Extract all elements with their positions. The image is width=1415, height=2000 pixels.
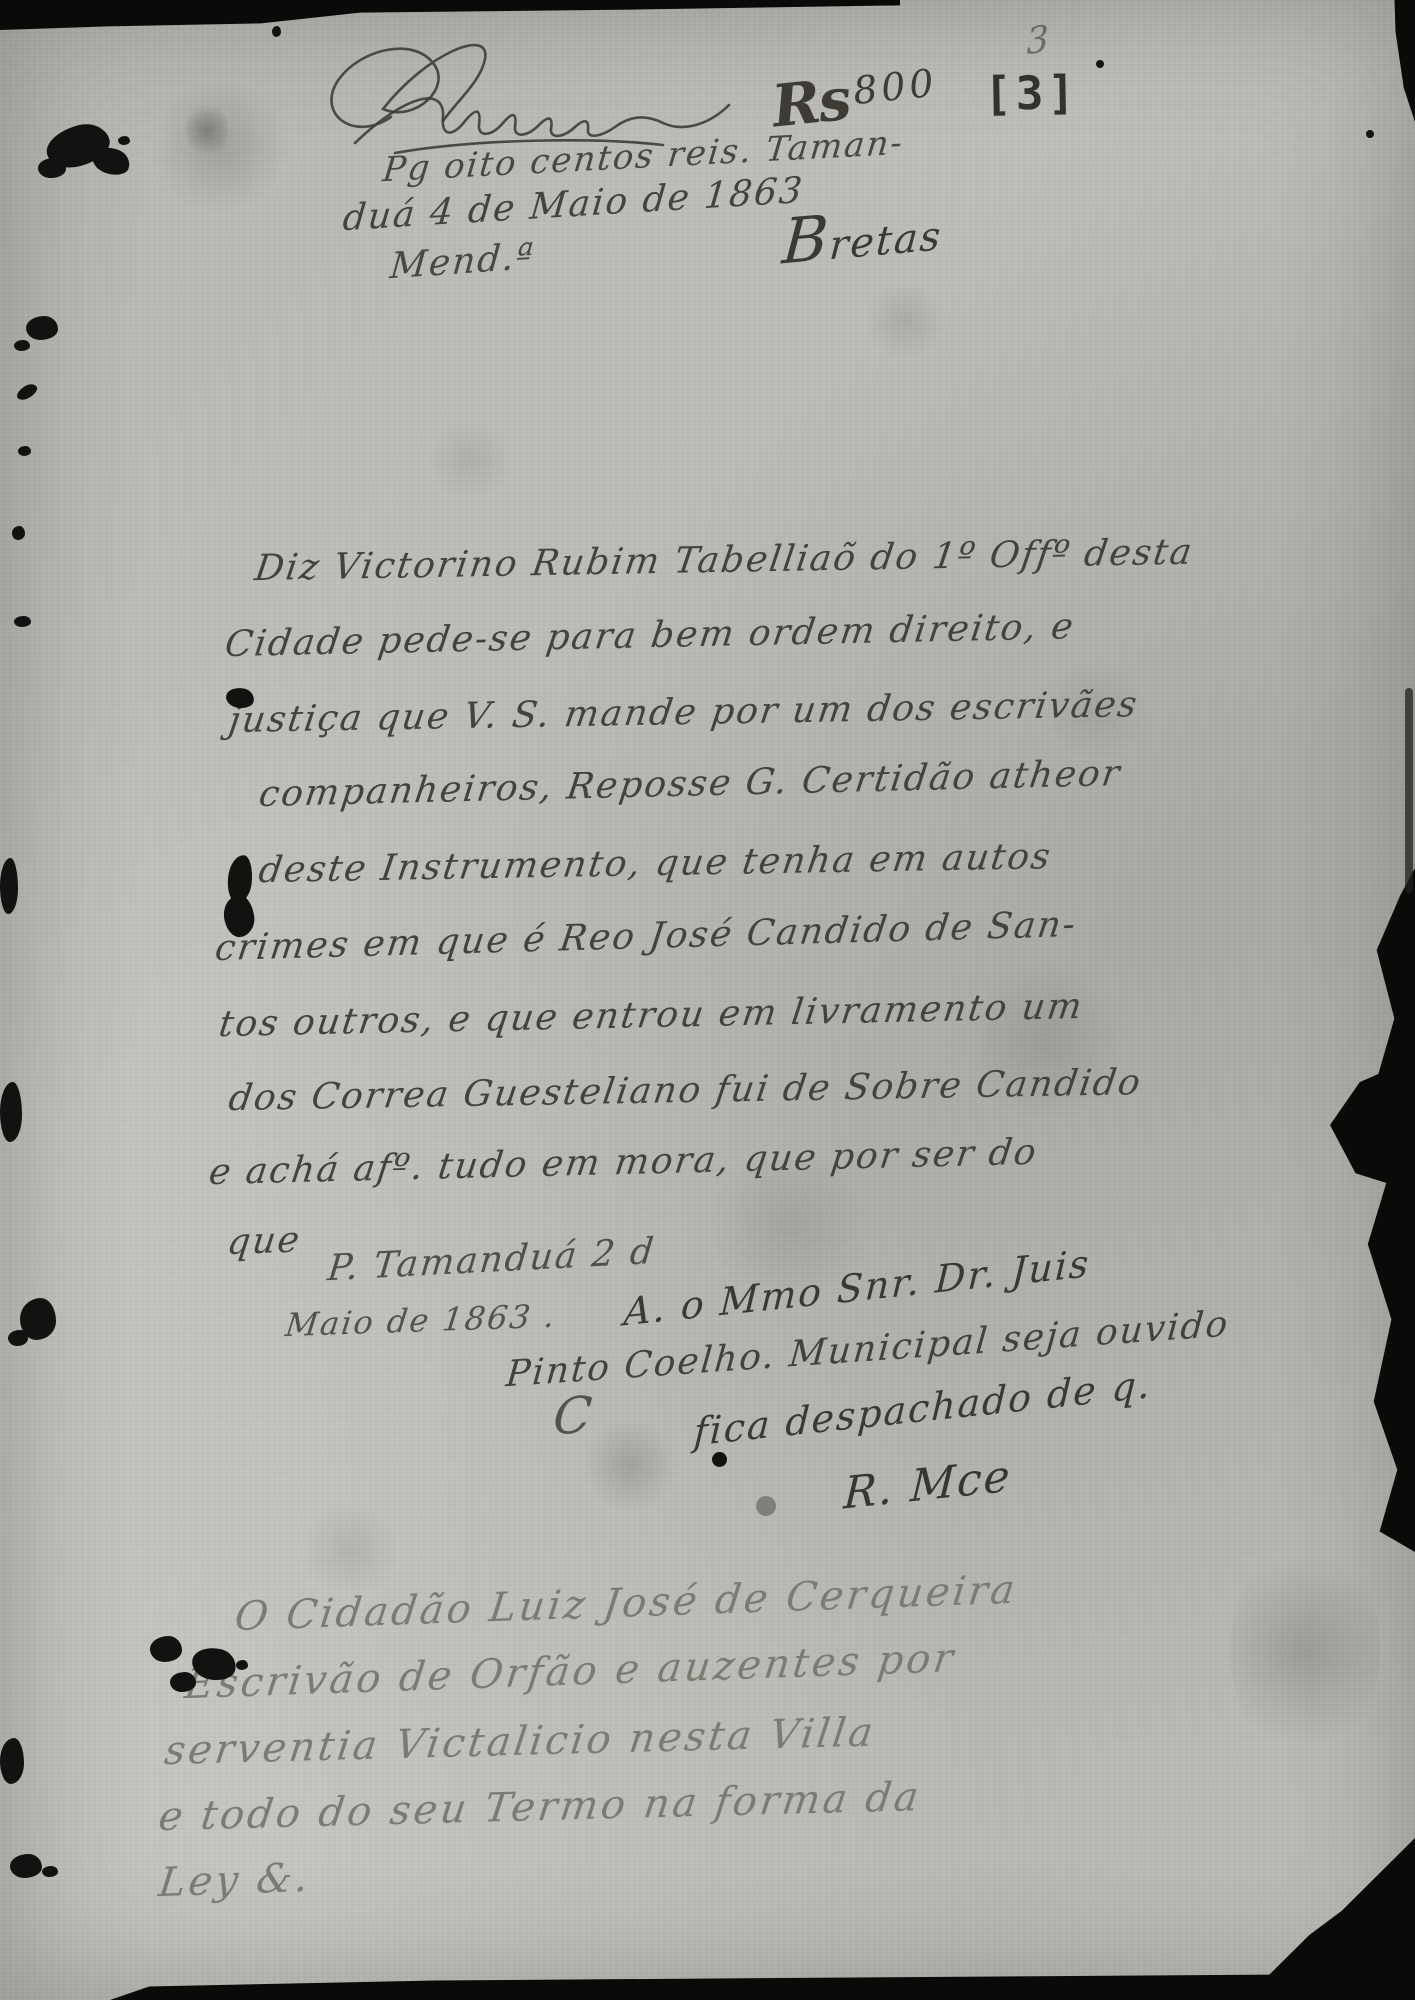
- page-number-stamp: [3]: [984, 65, 1080, 121]
- amount-value: 800: [851, 60, 940, 113]
- ink-blot: [8, 1330, 28, 1346]
- ink-blot: [1366, 130, 1374, 138]
- despacho-flourish-c: C: [551, 1385, 596, 1446]
- ink-blot: [118, 136, 130, 145]
- ink-blot: [12, 526, 25, 540]
- certificate-line: Ley &.: [156, 1855, 313, 1907]
- ink-blot: [0, 858, 18, 914]
- ink-blot: [712, 1452, 727, 1467]
- ink-blot: [14, 616, 31, 627]
- page-crease-right: [1405, 688, 1413, 893]
- petition-line: que: [225, 1219, 304, 1263]
- ink-blot: [18, 446, 31, 456]
- ink-smudge: [756, 1496, 776, 1516]
- ink-blot: [42, 1866, 58, 1877]
- ink-blot: [38, 158, 66, 178]
- ink-blot: [1096, 60, 1104, 68]
- archival-scan-page: Rs 800 3 [3] Pg oito centos reis. Taman-…: [0, 0, 1415, 2000]
- ink-blot: [236, 1660, 248, 1670]
- handwritten-page-number: 3: [1026, 18, 1051, 64]
- ink-blot: [26, 316, 58, 340]
- ink-blot: [0, 1738, 24, 1784]
- ink-blot: [272, 26, 281, 37]
- ink-blot: [150, 1636, 182, 1662]
- ink-blot: [10, 1854, 42, 1878]
- ink-blot: [170, 1672, 196, 1692]
- ink-blot: [14, 340, 30, 351]
- ink-blot: [0, 1082, 22, 1142]
